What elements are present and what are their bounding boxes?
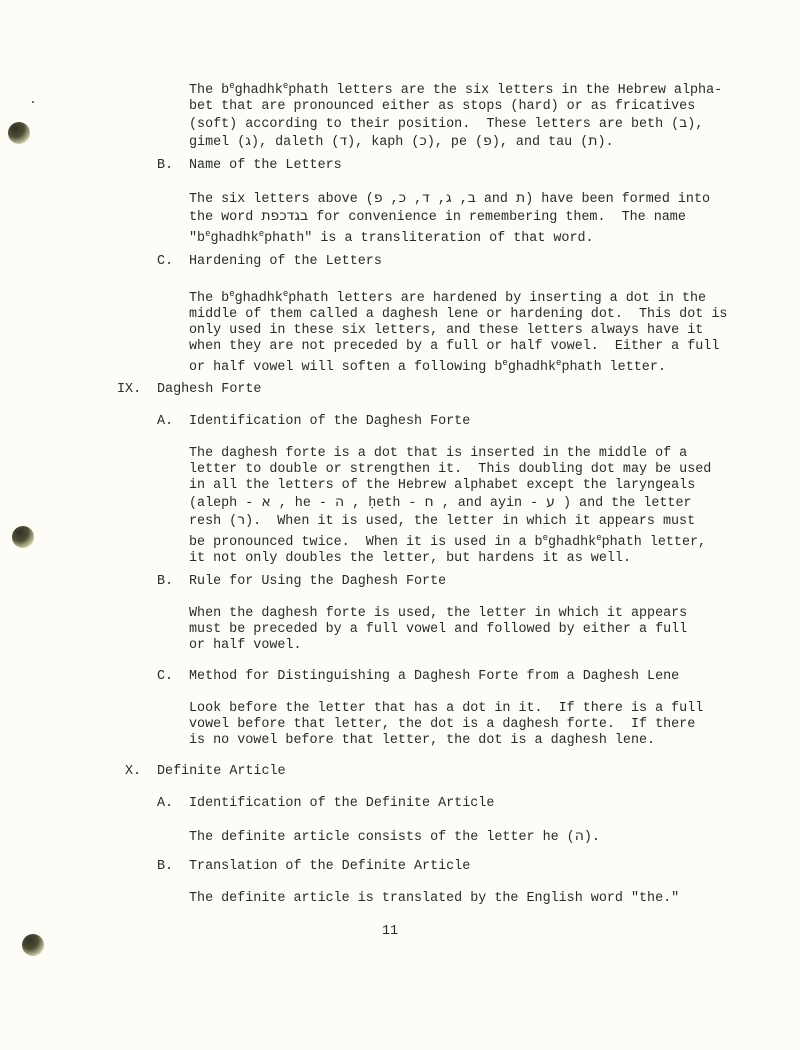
section-heading-text: Definite Article [157,764,286,779]
section-heading: B.Rule for Using the Daghesh Forte [157,574,446,590]
document-page: The beghadhkephath letters are the six l… [0,0,800,1050]
binder-hole [8,122,30,144]
binder-hole [12,526,34,548]
section-body: When the daghesh forte is used, the lett… [189,606,687,654]
section-heading-text: Hardening of the Letters [189,254,382,269]
section-body: The daghesh forte is a dot that is inser… [189,446,711,567]
section-marker: X. [125,764,157,780]
section-heading: B.Name of the Letters [157,158,342,174]
chapter-heading: IX.Daghesh Forte [117,382,261,398]
section-marker: A. [157,796,189,812]
section-heading: C.Hardening of the Letters [157,254,382,270]
binder-hole [22,934,44,956]
section-heading: A.Identification of the Daghesh Forte [157,414,470,430]
section-heading-text: Identification of the Daghesh Forte [189,414,470,429]
section-heading: B.Translation of the Definite Article [157,859,470,875]
section-heading-text: Daghesh Forte [157,382,261,397]
section-marker: B. [157,859,189,875]
section-heading-text: Rule for Using the Daghesh Forte [189,574,446,589]
section-body: The definite article is translated by th… [189,891,679,907]
section-heading-text: Translation of the Definite Article [189,859,470,874]
section-marker: C. [157,254,189,270]
section-body: The definite article consists of the let… [189,828,600,846]
intro-paragraph: The beghadhkephath letters are the six l… [189,78,722,151]
section-heading-text: Method for Distinguishing a Daghesh Fort… [189,669,679,684]
section-marker: C. [157,669,189,685]
section-heading: C.Method for Distinguishing a Daghesh Fo… [157,669,679,685]
section-body: The six letters above (ב, ג, ד, כ, פ and… [189,190,710,247]
section-marker: IX. [117,382,157,398]
section-marker: B. [157,158,189,174]
chapter-heading: X.Definite Article [125,764,286,780]
page-number: 11 [382,924,398,939]
section-marker: B. [157,574,189,590]
section-heading-text: Identification of the Definite Article [189,796,494,811]
section-body: The beghadhkephath letters are hardened … [189,286,727,376]
section-marker: A. [157,414,189,430]
section-body: Look before the letter that has a dot in… [189,701,703,749]
section-heading: A.Identification of the Definite Article [157,796,494,812]
section-heading-text: Name of the Letters [189,158,342,173]
paper-speck [32,101,34,103]
